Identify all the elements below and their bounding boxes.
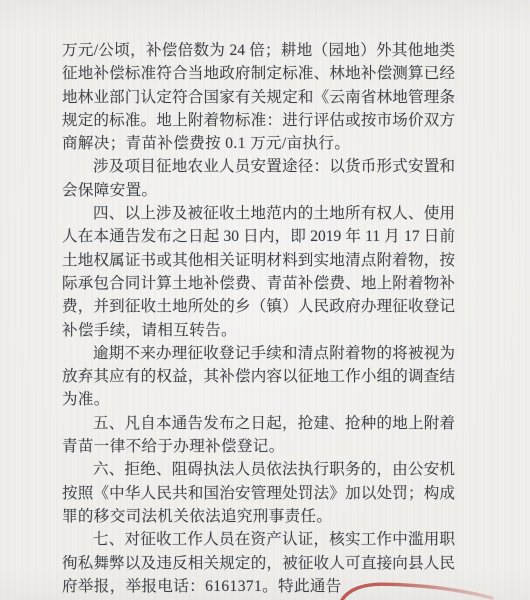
document-line: 五、凡自本通告发布之日起，抢建、抢种的地上附着物、 bbox=[62, 412, 455, 435]
document-line: 征地补偿标准符合当地政府制定标准、林地补偿测算已经当 bbox=[62, 62, 455, 85]
document-line: 徇私舞弊以及违反相关规定的，被征收人可直接向县人民政 bbox=[62, 552, 455, 575]
document-line: 为准。 bbox=[62, 388, 455, 411]
document-line: 罪的移交司法机关依法追究刑事责任。 bbox=[62, 505, 455, 528]
document-line: 规定的标准。地上附着物标准：进行评估或按市场价双方协 bbox=[62, 109, 455, 132]
document-line: 四、以上涉及被征收土地范内的土地所有权人、使用权 bbox=[62, 202, 455, 225]
document-line: 人在本通告发布之日起 30 日内，即 2019 年 11 月 17 日前持 bbox=[62, 225, 455, 248]
document-line: 逾期不来办理征收登记手续和清点附着物的将被视为 bbox=[62, 342, 455, 365]
document-body: 万元/公顷，补偿倍数为 24 倍；耕地（园地）外其他地类的征地补偿标准符合当地政… bbox=[62, 39, 455, 598]
document-line: 地林业部门认定符合国家有关规定和《云南省林地管理条例》 bbox=[62, 86, 455, 109]
document-line: 际承包合同计算土地补偿费、青苗补偿费、地上附着物补偿 bbox=[62, 272, 455, 295]
document-line: 费，并到征收土地所处的乡（镇）人民政府办理征收登记及 bbox=[62, 295, 455, 318]
document-line: 商解决；青苗补偿费按 0.1 万元/亩执行。 bbox=[62, 132, 455, 155]
document-page: 万元/公顷，补偿倍数为 24 倍；耕地（园地）外其他地类的征地补偿标准符合当地政… bbox=[0, 0, 530, 600]
document-line: 府举报，举报电话：6161371。特此通告 bbox=[62, 575, 455, 598]
document-line: 六、拒绝、阻碍执法人员依法执行职务的，由公安机关 bbox=[62, 458, 455, 481]
document-line: 青苗一律不给于办理补偿登记。 bbox=[62, 435, 455, 458]
document-line: 会保障安置。 bbox=[62, 179, 455, 202]
document-line: 万元/公顷，补偿倍数为 24 倍；耕地（园地）外其他地类的 bbox=[62, 39, 455, 62]
document-line: 按照《中华人民共和国治安管理处罚法》加以处罚；构成犯 bbox=[62, 482, 455, 505]
document-line: 放弃其应有的权益，其补偿内容以征地工作小组的调查结果 bbox=[62, 365, 455, 388]
document-line: 补偿手续，请相互转告。 bbox=[62, 319, 455, 342]
document-line: 土地权属证书或其他相关证明材料到实地清点附着物，按实 bbox=[62, 249, 455, 272]
document-line: 七、对征收工作人员在资产认证，核实工作中滥用职权、 bbox=[62, 528, 455, 551]
document-line: 涉及项目征地农业人员安置途径：以货币形式安置和社 bbox=[62, 155, 455, 178]
